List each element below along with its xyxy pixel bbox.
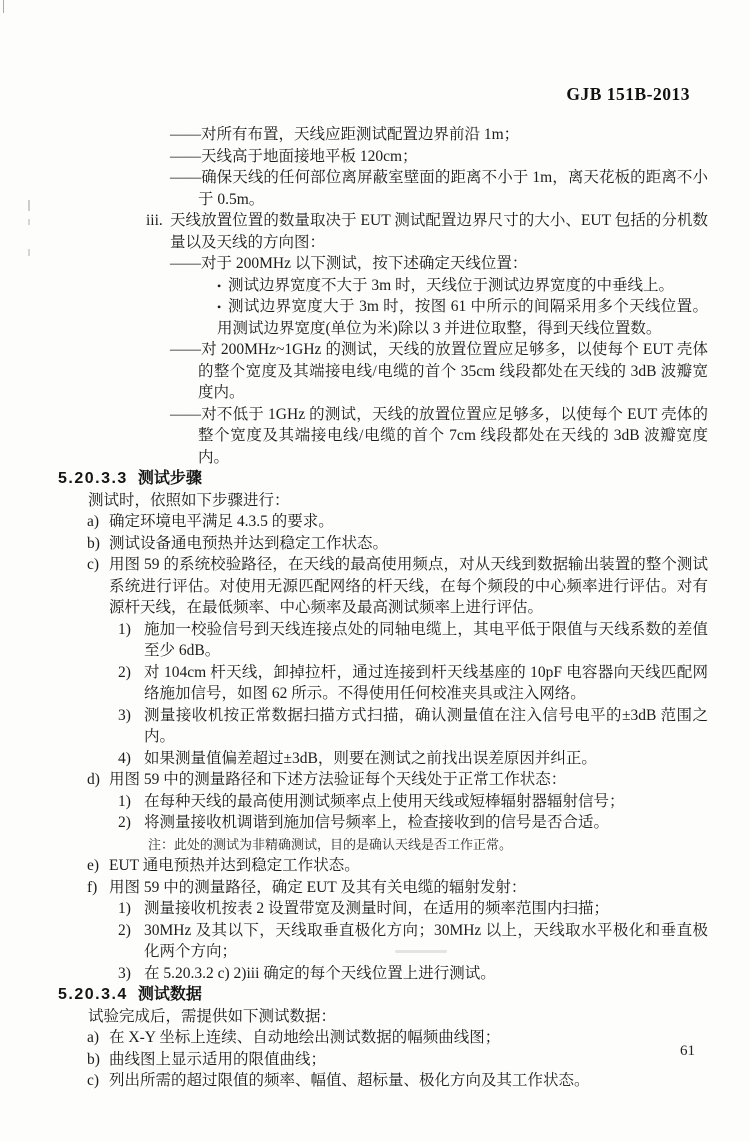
letter-list-item: a)在 X-Y 坐标上连续、自动地绘出测试数据的幅频曲线图； bbox=[58, 1027, 708, 1049]
list-marker: a) bbox=[87, 511, 99, 533]
item-text: 天线放置位置的数量取决于 EUT 测试配置边界尺寸的大小、EUT 包括的分机数量… bbox=[170, 212, 708, 251]
list-marker: 2) bbox=[118, 812, 131, 834]
dash-list-item: ——天线高于地面接地平板 120cm； bbox=[58, 146, 708, 168]
dash-list-item: ——对不低于 1GHz 的测试，天线的放置位置应足够多，以使每个 EUT 壳体的… bbox=[58, 404, 708, 469]
item-text: 确定环境电平满足 4.3.5 的要求。 bbox=[109, 513, 334, 530]
item-text: 测试时，依照如下步骤进行： bbox=[88, 492, 290, 509]
item-text: 测试边界宽度大于 3m 时，按图 61 中所示的间隔采用多个天线位置。用测试边界… bbox=[217, 298, 708, 337]
item-text: ——对 200MHz~1GHz 的测试，天线的放置位置应足够多，以使每个 EUT… bbox=[170, 341, 708, 401]
item-text: 测量接收机按正常数据扫描方式扫描，确认测量值在注入信号电平的±3dB 范围之内。 bbox=[144, 707, 708, 746]
list-marker: c) bbox=[87, 554, 99, 576]
number-list-item: 3)测量接收机按正常数据扫描方式扫描，确认测量值在注入信号电平的±3dB 范围之… bbox=[58, 705, 708, 748]
list-marker: f) bbox=[87, 877, 97, 899]
scan-artifact-margin-mark bbox=[28, 249, 30, 256]
list-marker: c) bbox=[87, 1070, 99, 1092]
item-text: 施加一校验信号到天线连接点处的同轴电缆上，其电平低于限值与天线系数的差值至少 6… bbox=[144, 621, 708, 660]
standard-number-header: GJB 151B-2013 bbox=[566, 84, 690, 105]
list-marker: • bbox=[206, 276, 221, 298]
item-text: 测试边界宽度不大于 3m 时，天线位于测试边界宽度的中垂线上。 bbox=[228, 277, 674, 294]
scan-artifact-corner-line bbox=[3, 0, 4, 13]
document-body: ——对所有布置，天线应距测试配置边界前沿 1m；——天线高于地面接地平板 120… bbox=[58, 124, 708, 1092]
dash-list-item: ——对 200MHz~1GHz 的测试，天线的放置位置应足够多，以使每个 EUT… bbox=[58, 339, 708, 404]
letter-list-item: c)用图 59 的系统校验路径，在天线的最高使用频点，对从天线到数据输出装置的整… bbox=[58, 554, 708, 619]
letter-list-item: b)测试设备通电预热并达到稳定工作状态。 bbox=[58, 533, 708, 555]
page-number: 61 bbox=[680, 1043, 695, 1060]
item-text: 测试设备通电预热并达到稳定工作状态。 bbox=[109, 535, 388, 552]
list-marker: 3) bbox=[118, 963, 131, 985]
scan-artifact-margin-mark bbox=[28, 219, 30, 225]
item-text: 注：此处的测试为非精确测试，目的是确认天线是否工作正常。 bbox=[148, 837, 512, 852]
dash-list-item: ——对于 200MHz 以下测试，按下述确定天线位置： bbox=[58, 253, 708, 275]
number-list-item: 2)对 104cm 杆天线，卸掉拉杆，通过连接到杆天线基座的 10pF 电容器向… bbox=[58, 662, 708, 705]
item-text: 用图 59 中的测量路径和下述方法验证每个天线处于正常工作状态： bbox=[109, 771, 566, 788]
number-list-item: 1)在每种天线的最高使用测试频率点上使用天线或短棒辐射器辐射信号； bbox=[58, 791, 708, 813]
list-marker: 1) bbox=[118, 791, 131, 813]
item-text: ——确保天线的任何部位离屏蔽室壁面的距离不小于 1m，离天花板的距离不小于 0.… bbox=[170, 169, 708, 208]
letter-list-item: a)确定环境电平满足 4.3.5 的要求。 bbox=[58, 511, 708, 533]
bullet-list-item: •测试边界宽度大于 3m 时，按图 61 中所示的间隔采用多个天线位置。用测试边… bbox=[58, 296, 708, 339]
letter-list-item: f)用图 59 中的测量路径，确定 EUT 及其有关电缆的辐射发射： bbox=[58, 877, 708, 899]
list-marker: 1) bbox=[118, 619, 131, 641]
list-marker: a) bbox=[87, 1027, 99, 1049]
note: 注：此处的测试为非精确测试，目的是确认天线是否工作正常。 bbox=[58, 834, 708, 856]
list-marker: b) bbox=[87, 533, 100, 555]
item-text: 如果测量值偏差超过±3dB，则要在测试之前找出误差原因并纠正。 bbox=[144, 750, 597, 767]
item-text: 用图 59 的系统校验路径，在天线的最高使用频点，对从天线到数据输出装置的整个测… bbox=[109, 556, 708, 616]
dash-list-item: ——对所有布置，天线应距测试配置边界前沿 1m； bbox=[58, 124, 708, 146]
letter-list-item: e)EUT 通电预热并达到稳定工作状态。 bbox=[58, 855, 708, 877]
item-text: EUT 通电预热并达到稳定工作状态。 bbox=[109, 857, 360, 874]
section-heading: 5.20.3.3测试步骤 bbox=[58, 468, 708, 490]
item-text: 对 104cm 杆天线，卸掉拉杆，通过连接到杆天线基座的 10pF 电容器向天线… bbox=[144, 664, 708, 703]
scan-artifact-margin-mark bbox=[28, 200, 30, 211]
list-marker: 2) bbox=[118, 920, 131, 942]
section-title: 测试步骤 bbox=[138, 470, 202, 487]
letter-list-item: c)列出所需的超过限值的频率、幅值、超标量、极化方向及其工作状态。 bbox=[58, 1070, 708, 1092]
item-text: ——天线高于地面接地平板 120cm； bbox=[170, 148, 418, 165]
section-title: 测试数据 bbox=[138, 986, 202, 1003]
number-list-item: 1)施加一校验信号到天线连接点处的同轴电缆上，其电平低于限值与天线系数的差值至少… bbox=[58, 619, 708, 662]
roman-list-item: iii.天线放置位置的数量取决于 EUT 测试配置边界尺寸的大小、EUT 包括的… bbox=[58, 210, 708, 253]
list-marker: 1) bbox=[118, 898, 131, 920]
item-text: 将测量接收机调谐到施加信号频率上，检查接收到的信号是否合适。 bbox=[144, 814, 609, 831]
item-text: 在 5.20.3.2 c) 2)iii 确定的每个天线位置上进行测试。 bbox=[144, 965, 496, 982]
item-text: ——对于 200MHz 以下测试，按下述确定天线位置： bbox=[170, 255, 527, 272]
item-text: 列出所需的超过限值的频率、幅值、超标量、极化方向及其工作状态。 bbox=[109, 1072, 590, 1089]
list-marker: e) bbox=[87, 855, 99, 877]
letter-list-item: b)曲线图上显示适用的限值曲线； bbox=[58, 1049, 708, 1071]
paragraph: 试验完成后，需提供如下测试数据： bbox=[58, 1006, 708, 1028]
item-text: 用图 59 中的测量路径，确定 EUT 及其有关电缆的辐射发射： bbox=[109, 879, 526, 896]
section-number: 5.20.3.3 bbox=[58, 470, 128, 487]
item-text: 试验完成后，需提供如下测试数据： bbox=[88, 1008, 336, 1025]
item-text: 曲线图上显示适用的限值曲线； bbox=[109, 1051, 326, 1068]
number-list-item: 2)30MHz 及其以下，天线取垂直极化方向；30MHz 以上，天线取水平极化和… bbox=[58, 920, 708, 963]
section-heading: 5.20.3.4测试数据 bbox=[58, 984, 708, 1006]
paragraph: 测试时，依照如下步骤进行： bbox=[58, 490, 708, 512]
list-marker: b) bbox=[87, 1049, 100, 1071]
letter-list-item: d)用图 59 中的测量路径和下述方法验证每个天线处于正常工作状态： bbox=[58, 769, 708, 791]
number-list-item: 4)如果测量值偏差超过±3dB，则要在测试之前找出误差原因并纠正。 bbox=[58, 748, 708, 770]
item-text: 测量接收机按表 2 设置带宽及测量时间，在适用的频率范围内扫描； bbox=[144, 900, 609, 917]
number-list-item: 2)将测量接收机调谐到施加信号频率上，检查接收到的信号是否合适。 bbox=[58, 812, 708, 834]
scanned-page: { "page": { "header": "GJB 151B-2013", "… bbox=[0, 0, 750, 1141]
item-text: 30MHz 及其以下，天线取垂直极化方向；30MHz 以上，天线取水平极化和垂直… bbox=[144, 922, 708, 961]
item-text: ——对不低于 1GHz 的测试，天线的放置位置应足够多，以使每个 EUT 壳体的… bbox=[170, 406, 708, 466]
list-marker: 3) bbox=[118, 705, 131, 727]
bullet-list-item: •测试边界宽度不大于 3m 时，天线位于测试边界宽度的中垂线上。 bbox=[58, 275, 708, 297]
list-marker: • bbox=[206, 297, 221, 319]
number-list-item: 3)在 5.20.3.2 c) 2)iii 确定的每个天线位置上进行测试。 bbox=[58, 963, 708, 985]
list-marker: d) bbox=[87, 769, 100, 791]
item-text: 在 X-Y 坐标上连续、自动地绘出测试数据的幅频曲线图； bbox=[109, 1029, 500, 1046]
dash-list-item: ——确保天线的任何部位离屏蔽室壁面的距离不小于 1m，离天花板的距离不小于 0.… bbox=[58, 167, 708, 210]
list-marker: 4) bbox=[118, 748, 131, 770]
item-text: ——对所有布置，天线应距测试配置边界前沿 1m； bbox=[170, 126, 519, 143]
item-text: 在每种天线的最高使用测试频率点上使用天线或短棒辐射器辐射信号； bbox=[144, 793, 625, 810]
number-list-item: 1)测量接收机按表 2 设置带宽及测量时间，在适用的频率范围内扫描； bbox=[58, 898, 708, 920]
list-marker: 2) bbox=[118, 662, 131, 684]
list-marker: iii. bbox=[146, 210, 163, 232]
section-number: 5.20.3.4 bbox=[58, 986, 128, 1003]
